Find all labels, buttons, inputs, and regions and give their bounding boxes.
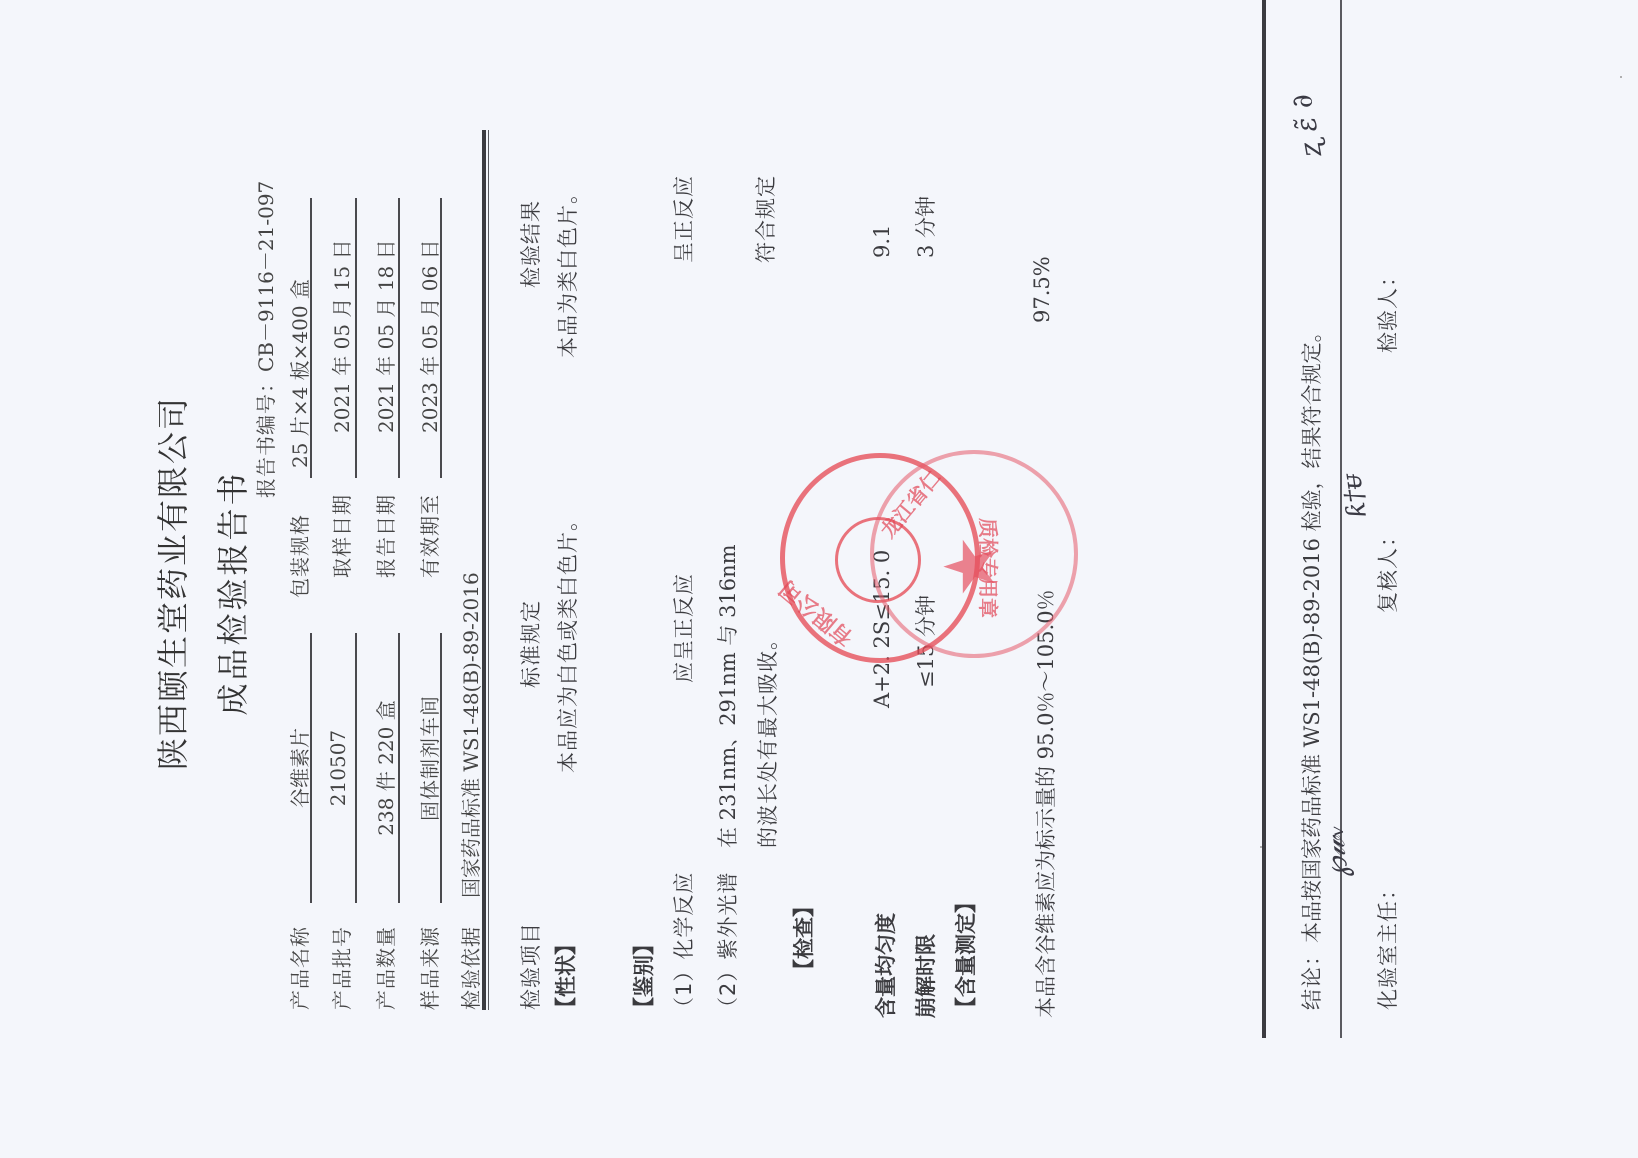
reviewer-signature: ƙ†ᵾ: [1337, 472, 1373, 520]
appearance-standard: 本品应为白色或类白色片。: [552, 509, 582, 773]
id-chemical-standard: 应呈正反应: [668, 573, 698, 683]
expiry-label: 有效期至: [414, 494, 443, 578]
table-top-rule: [482, 130, 486, 1010]
company-name: 陕西颐生堂药业有限公司: [148, 8, 194, 1158]
underline: [355, 633, 357, 903]
source-label: 样品来源: [414, 926, 443, 1010]
assay-result: 97.5%: [1030, 256, 1054, 323]
quantity-value: 238 件 220 盒: [370, 663, 399, 873]
table-top-rule-thin: [488, 130, 489, 1010]
product-name-value: 谷维素片: [284, 678, 313, 858]
id-chemical-result: 呈正反应: [668, 175, 698, 263]
inspector-signature: ʐ ɛ̃ ∂: [1285, 92, 1329, 161]
packaging-value: 25 片×4 板×400 盒: [284, 279, 313, 468]
basis-label: 检验依据: [455, 926, 484, 1010]
document-title: 成品检验报告书: [208, 28, 254, 1158]
underline: [440, 633, 442, 903]
batch-value: 210507: [326, 678, 350, 858]
underline: [398, 633, 400, 903]
insp-disintegration-result: 3 分钟: [910, 196, 940, 258]
id-uv-standard: 在 231nm、291nm 与 316nm: [712, 544, 742, 848]
conclusion-bottom-rule: [1340, 0, 1342, 1038]
underline: [440, 198, 442, 478]
section-inspection: 【检查】: [788, 896, 818, 980]
basis-value: 国家药品标准 WS1-48(B)-89-2016: [455, 572, 484, 898]
header-standard: 标准规定: [515, 600, 545, 688]
section-assay: 【含量测定】: [950, 892, 980, 1018]
source-value: 固体制剂车间: [414, 658, 443, 858]
info-row-product-name: 产品名称: [284, 926, 313, 1010]
inspection-report-page: 陕西颐生堂药业有限公司 成品检验报告书 报告书编号：CB－9116－21-097…: [0, 0, 1638, 1158]
report-date-value: 2021 年 05 月 18 日: [370, 239, 399, 433]
conclusion-label: 结论：: [1296, 944, 1326, 1010]
inspector-label: 检验人：: [1372, 265, 1402, 353]
star-icon: ★: [935, 535, 1005, 598]
quantity-label: 产品数量: [370, 926, 399, 1010]
underline: [398, 198, 400, 478]
underline: [355, 198, 357, 478]
underline: [310, 198, 312, 478]
header-item: 检验项目: [515, 922, 545, 1010]
scan-speck: [1620, 76, 1622, 78]
insp-uniformity-result: 9.1: [870, 225, 894, 258]
appearance-result: 本品为类白色片。: [552, 182, 582, 358]
expiry-value: 2023 年 05 月 06 日: [414, 239, 443, 433]
section-identification: 【鉴别】: [628, 934, 658, 1018]
director-label: 化验室主任：: [1372, 878, 1402, 1010]
id-uv-standard-line2: 的波长处有最大吸收。: [752, 628, 782, 848]
sampling-date-label: 取样日期: [326, 494, 355, 578]
header-result: 检验结果: [515, 200, 545, 288]
conclusion-top-rule: [1262, 0, 1266, 1038]
packaging-label: 包装规格: [284, 514, 313, 598]
insp-item-uniformity: 含量均匀度: [870, 913, 900, 1018]
scan-speck: [1260, 846, 1262, 848]
id-uv-result: 符合规定: [750, 175, 780, 263]
insp-item-disintegration: 崩解时限: [910, 934, 940, 1018]
id-item-chemical: （1）化学反应: [668, 872, 698, 1018]
underline: [310, 633, 312, 903]
report-date-label: 报告日期: [370, 494, 399, 578]
section-appearance: 【性状】: [550, 934, 580, 1018]
assay-standard: 本品含谷维素应为标示量的 95.0％～105.0％: [1030, 589, 1060, 1018]
reviewer-label: 复核人：: [1372, 525, 1402, 613]
batch-label: 产品批号: [326, 926, 355, 1010]
report-number: 报告书编号：CB－9116－21-097: [250, 181, 279, 498]
sampling-date-value: 2021 年 05 月 15 日: [326, 239, 355, 433]
id-item-uv: （2）紫外光谱: [712, 872, 742, 1018]
director-signature: ℘𝓌ᵥ: [1315, 823, 1355, 879]
